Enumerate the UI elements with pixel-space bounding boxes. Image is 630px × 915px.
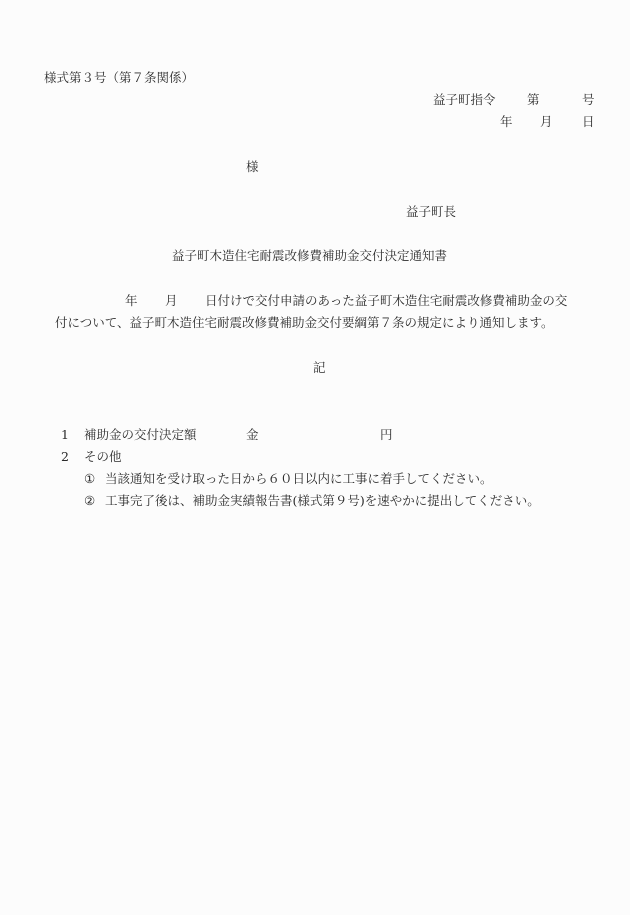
document-page: 様式第３号（第７条関係） 益子町指令 第 号 年 月 日 様 益子町長 益子町木…: [0, 0, 630, 915]
item-2-number: 2: [61, 449, 69, 465]
addressee-suffix: 様: [246, 159, 259, 175]
reference-dai: 第: [527, 92, 540, 108]
reference-issuer: 益子町指令: [433, 92, 496, 108]
body-line1: 日付けで交付申請のあった益子町木造住宅耐震改修費補助金の交: [205, 293, 567, 309]
item-2-label: その他: [84, 449, 122, 465]
subitem-2-marker: ②: [84, 493, 95, 509]
date-month: 月: [540, 114, 553, 130]
item-1-label: 補助金の交付決定額: [84, 427, 197, 443]
item-1-amount-prefix: 金: [246, 427, 259, 443]
document-title: 益子町木造住宅耐震改修費補助金交付決定通知書: [172, 248, 447, 264]
item-1-number: 1: [61, 427, 69, 443]
reference-go: 号: [582, 92, 595, 108]
sender: 益子町長: [406, 204, 456, 220]
form-number: 様式第３号（第７条関係）: [44, 70, 194, 86]
date-day: 日: [582, 114, 595, 130]
body-line2: 付について、益子町木造住宅耐震改修費補助金交付要綱第７条の規定により通知します。: [55, 315, 554, 331]
body-year: 年: [125, 293, 138, 309]
subitem-2-text: 工事完了後は、補助金実績報告書(様式第９号)を速やかに提出してください。: [105, 493, 540, 509]
date-year: 年: [500, 114, 513, 130]
subitem-1-marker: ①: [84, 471, 95, 487]
subitem-1-text: 当該通知を受け取った日から６０日以内に工事に着手してください。: [105, 471, 493, 487]
item-1-amount-suffix: 円: [380, 427, 393, 443]
ki-heading: 記: [313, 360, 326, 376]
body-month: 月: [165, 293, 178, 309]
